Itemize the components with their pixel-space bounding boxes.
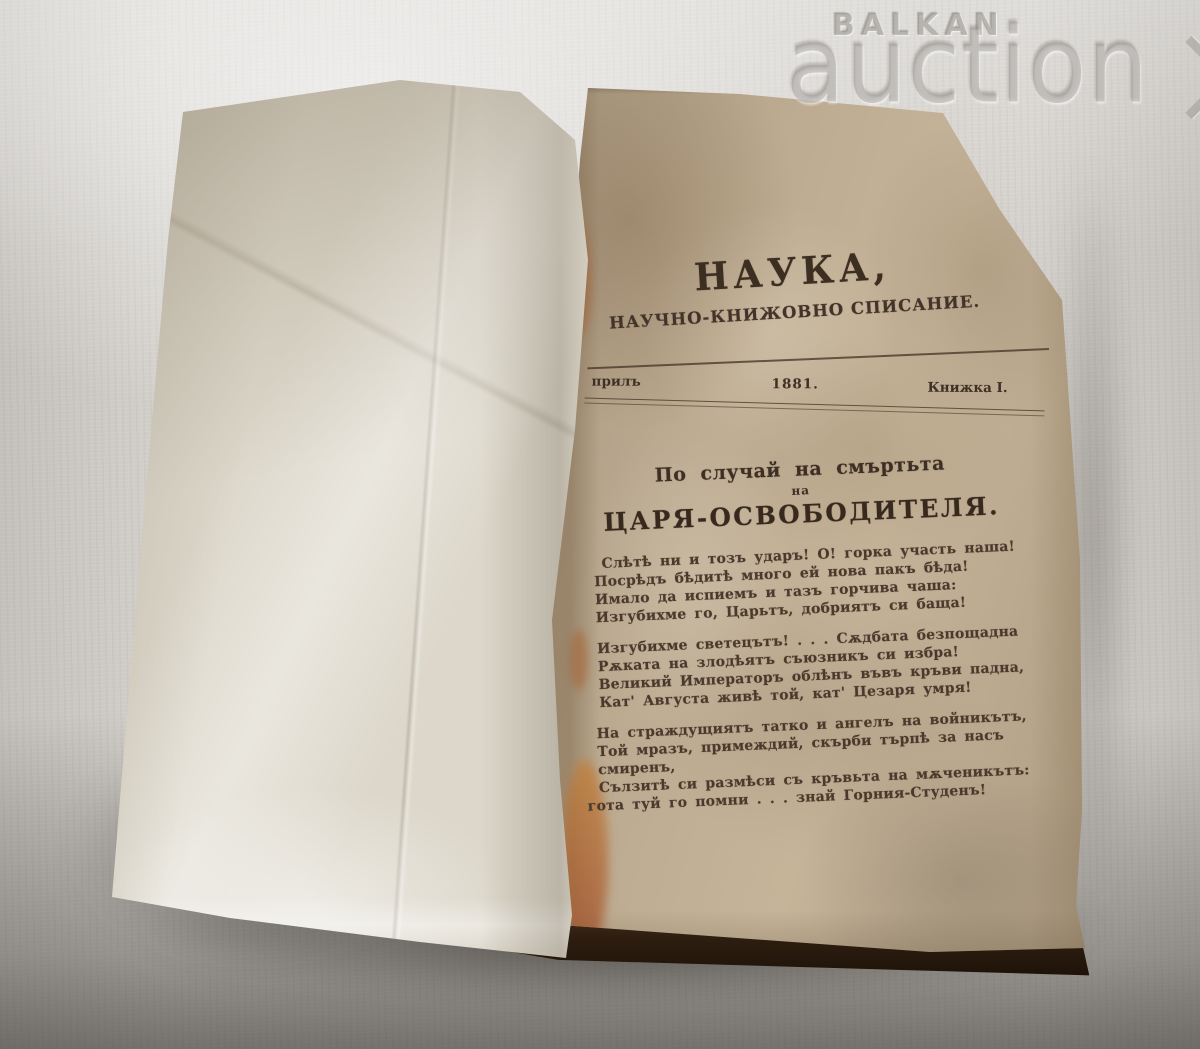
issue-year: 1881. <box>772 376 819 392</box>
issue-number: Книжка I. <box>927 380 1007 396</box>
flyleaf-creases <box>100 70 600 970</box>
poem-stanza: Изгубихме светецътъ! . . . Сѫдбата безпо… <box>597 621 1066 712</box>
watermark-brand-bottom: auction <box>786 14 1149 119</box>
memorial-poem: Слѣтѣ ни и тозъ ударъ! О! горка участь н… <box>593 536 1070 828</box>
auction-photo: НАУКА, НАУЧНО-КНИЖОВНО СПИСАНИЕ. прилъ 1… <box>0 0 1200 1049</box>
issue-month: прилъ <box>592 374 641 390</box>
watermark-arrow-icon <box>1150 36 1200 119</box>
balkan-auction-watermark: BALKAN auction <box>760 0 1200 140</box>
issue-line: прилъ 1881. Книжка I. <box>584 374 1030 396</box>
blank-flyleaf-page <box>100 70 600 970</box>
rust-stain <box>570 630 588 690</box>
poem-stanza: На страждущиятъ татко и ангелъ на войник… <box>596 706 1069 816</box>
